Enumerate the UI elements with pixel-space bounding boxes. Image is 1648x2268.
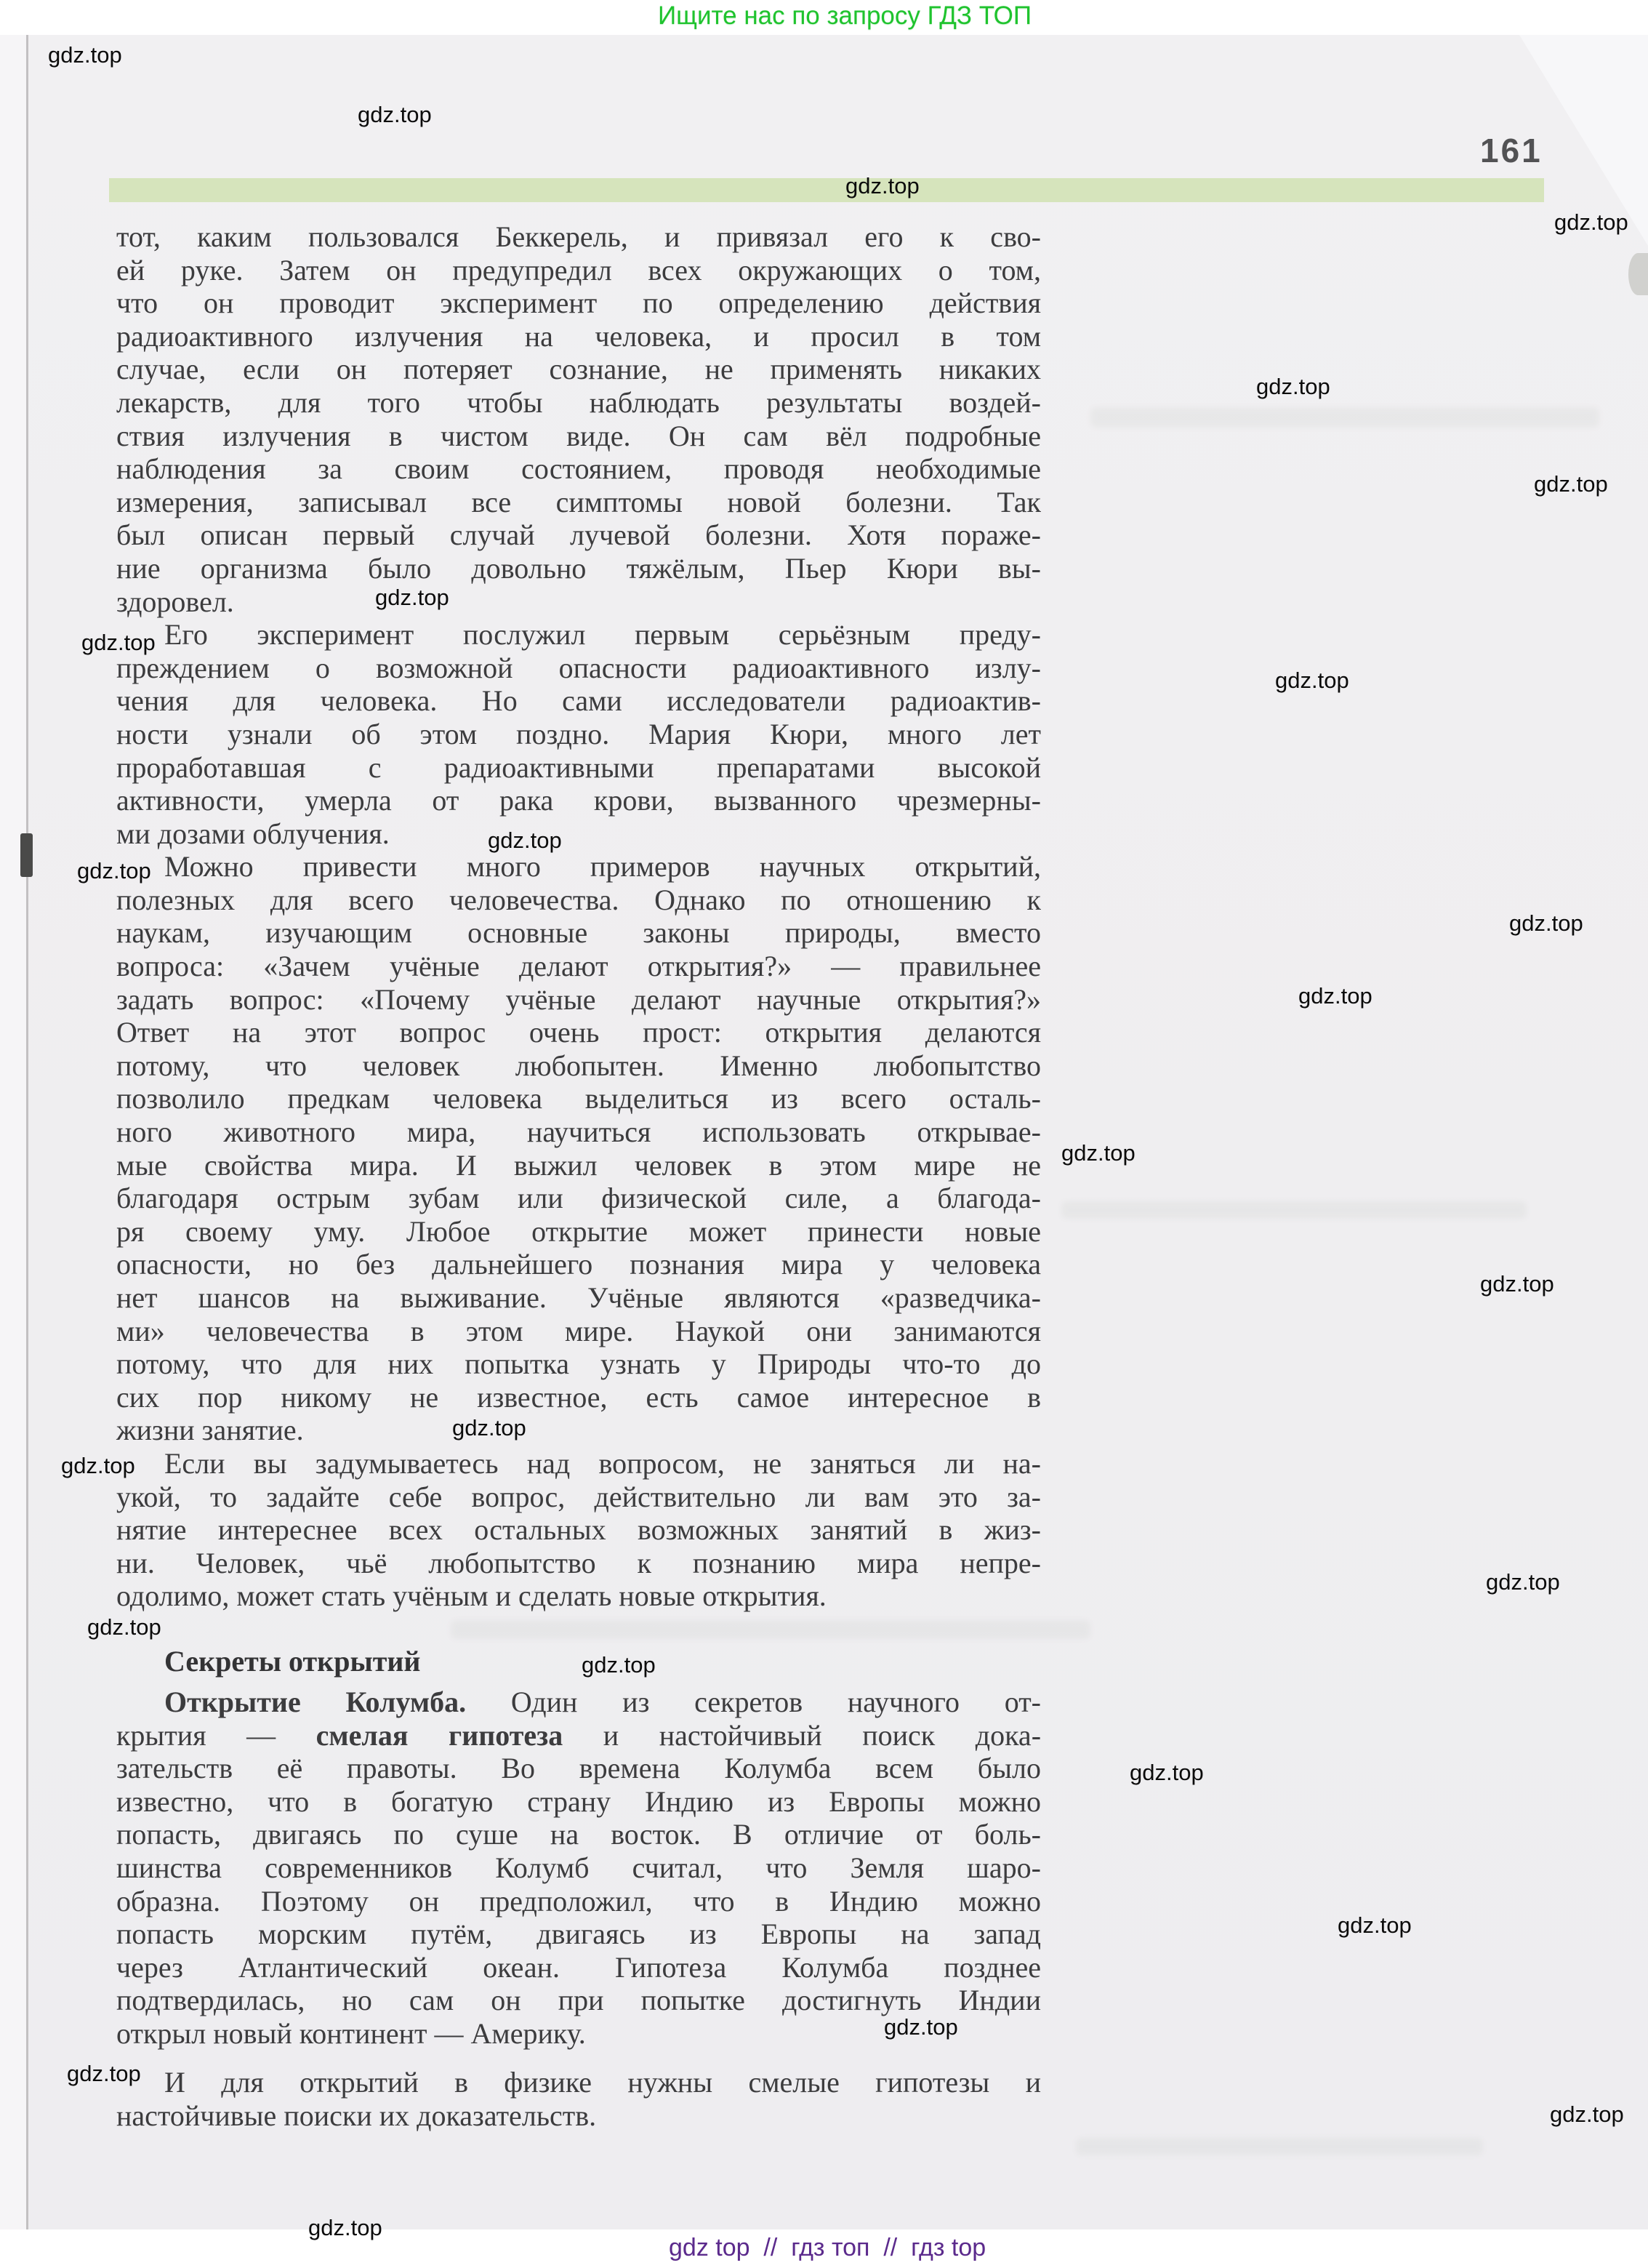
text-line: сих пор никому не известное, есть самое … (116, 1381, 1041, 1414)
text-line: ей руке. Затем он предупредил всех окруж… (116, 254, 1041, 287)
section-highlight-bar (109, 178, 1544, 202)
text-line: ного животного мира, научиться использов… (116, 1115, 1041, 1149)
watermark-gdz-top: gdz.top (1550, 2101, 1624, 2128)
text-line: попасть, двигаясь по суше на восток. В о… (116, 1818, 1041, 1851)
text-line: известно, что в богатую страну Индию из … (116, 1785, 1041, 1819)
text-line: Его эксперимент послужил первым серьёзны… (116, 618, 1041, 652)
text-line: полезных для всего человечества. Однако … (116, 883, 1041, 917)
text-line: И для открытий в физике нужны смелые гип… (116, 2066, 1041, 2099)
watermark-gdz-top: gdz.top (1275, 668, 1349, 694)
watermark-gdz-top: gdz.top (488, 828, 562, 854)
text-line: тот, каким пользовался Беккерель, и прив… (116, 220, 1041, 254)
text-line: образна. Поэтому он предположил, что в И… (116, 1885, 1041, 1918)
text-line: попасть морским путём, двигаясь из Европ… (116, 1918, 1041, 1951)
watermark-gdz-top: gdz.top (308, 2215, 382, 2241)
text-line: ми» человечества в этом мире. Наукой они… (116, 1315, 1041, 1348)
watermark-gdz-top: gdz.top (1554, 209, 1628, 236)
text-line: был описан первый случай лучевой болезни… (116, 518, 1041, 552)
text-line: лекарств, для того чтобы наблюдать резул… (116, 386, 1041, 420)
watermark-gdz-top: gdz.top (1338, 1912, 1412, 1939)
watermark-gdz-top: gdz.top (1256, 374, 1330, 400)
text-line: ности узнали об этом поздно. Мария Кюри,… (116, 718, 1041, 751)
watermark-gdz-top: gdz.top (77, 858, 151, 884)
watermark-gdz-top: gdz.top (845, 173, 920, 199)
binding-mark (20, 833, 33, 877)
text-segment: Один из секретов научного от- (466, 1686, 1041, 1718)
page-edge-smudge (1628, 253, 1648, 295)
text-line: наукам, изучающим основные законы природ… (116, 916, 1041, 950)
bleedthrough-smudge (1076, 2138, 1483, 2155)
page-number: 161 (1480, 131, 1543, 170)
text-line: укой, то задайте себе вопрос, действител… (116, 1480, 1041, 1514)
watermark-gdz-top: gdz.top (1298, 983, 1372, 1009)
text-line: потому, что для них попытка узнать у При… (116, 1347, 1041, 1381)
bleedthrough-smudge (1090, 407, 1599, 428)
text-line: через Атлантический океан. Гипотеза Колу… (116, 1951, 1041, 1984)
watermark-gdz-top: gdz.top (81, 630, 156, 656)
watermark-gdz-top: gdz.top (1130, 1760, 1204, 1786)
paragraph: Можно привести много примеров научных от… (116, 850, 1041, 1447)
promo-link[interactable]: Ищите нас по запросу ГДЗ ТОП (658, 1, 1032, 31)
text-line: Можно привести много примеров научных от… (116, 850, 1041, 883)
paragraph: тот, каким пользовался Беккерель, и прив… (116, 220, 1041, 618)
watermark-gdz-top: gdz.top (1486, 1569, 1560, 1595)
text-line: измерения, записывал все симптомы новой … (116, 486, 1041, 519)
text-line: зательств её правоты. Во времена Колумба… (116, 1752, 1041, 1785)
bleedthrough-smudge (451, 1620, 1090, 1639)
text-line: вопроса: «Зачем учёные делают открытия?»… (116, 950, 1041, 983)
watermark-gdz-top: gdz.top (452, 1415, 526, 1441)
text-line: что он проводит эксперимент по определен… (116, 286, 1041, 320)
text-line: мые свойства мира. И выжил человек в это… (116, 1149, 1041, 1182)
watermark-gdz-top: gdz.top (884, 2014, 958, 2040)
text-line: ми дозами облучения. (116, 817, 1041, 851)
paragraph: Если вы задумываетесь над вопросом, не з… (116, 1447, 1041, 1613)
text-line: Открытие Колумба. Один из секретов научн… (116, 1686, 1041, 1719)
paragraph: Открытие Колумба. Один из секретов научн… (116, 1686, 1041, 2051)
text-line: благодаря острым зубам или физической си… (116, 1182, 1041, 1215)
watermark-gdz-top: gdz.top (1061, 1140, 1135, 1166)
paragraph: И для открытий в физике нужны смелые гип… (116, 2066, 1041, 2132)
footer-links[interactable]: gdz top // гдз топ // гдз top (669, 2234, 986, 2262)
bleedthrough-smudge (1061, 1201, 1527, 1219)
text-line: проработавшая с радиоактивными препарата… (116, 751, 1041, 785)
bold-text: смелая гипотеза (316, 1719, 563, 1752)
watermark-gdz-top: gdz.top (582, 1652, 656, 1678)
watermark-gdz-top: gdz.top (1534, 471, 1608, 497)
watermark-gdz-top: gdz.top (1509, 910, 1583, 937)
text-line: Ответ на этот вопрос очень прост: открыт… (116, 1016, 1041, 1049)
watermark-gdz-top: gdz.top (67, 2061, 141, 2087)
page-left-margin (0, 35, 26, 2229)
watermark-gdz-top: gdz.top (61, 1453, 135, 1479)
text-line: жизни занятие. (116, 1414, 1041, 1447)
text-line: случае, если он потеряет сознание, не пр… (116, 353, 1041, 386)
text-line: задать вопрос: «Почему учёные делают нау… (116, 983, 1041, 1017)
text-line: ни. Человек, чьё любопытство к познанию … (116, 1547, 1041, 1580)
bold-text: Открытие Колумба. (164, 1686, 466, 1718)
text-line: настойчивые поиски их доказательств. (116, 2099, 1041, 2133)
text-line: ря своему уму. Любое открытие может прин… (116, 1215, 1041, 1249)
text-line: шинства современников Колумб считал, что… (116, 1851, 1041, 1885)
text-line: чения для человека. Но сами исследовател… (116, 684, 1041, 718)
text-line: активности, умерла от рака крови, вызван… (116, 784, 1041, 817)
text-column: тот, каким пользовался Беккерель, и прив… (116, 220, 1041, 2133)
text-line: одолимо, может стать учёным и сделать но… (116, 1579, 1041, 1613)
text-segment: и настойчивый поиск дока- (563, 1719, 1041, 1752)
text-line: наблюдения за своим состоянием, проводя … (116, 452, 1041, 486)
watermark-gdz-top: gdz.top (48, 42, 122, 68)
watermark-gdz-top: gdz.top (358, 102, 432, 128)
text-segment: крытия — (116, 1719, 316, 1752)
text-line: радиоактивного излучения на человека, и … (116, 320, 1041, 353)
watermark-gdz-top: gdz.top (1480, 1271, 1554, 1297)
text-line: ние организма было довольно тяжёлым, Пье… (116, 552, 1041, 585)
watermark-gdz-top: gdz.top (87, 1614, 161, 1640)
text-line: преждением о возможной опасности радиоак… (116, 652, 1041, 685)
text-line: нятие интереснее всех остальных возможны… (116, 1513, 1041, 1547)
paragraph: Его эксперимент послужил первым серьёзны… (116, 618, 1041, 850)
text-line: позволило предкам человека выделиться из… (116, 1082, 1041, 1115)
text-line: здоровел. (116, 585, 1041, 619)
text-line: нет шансов на выживание. Учёные являются… (116, 1281, 1041, 1315)
text-line: Если вы задумываетесь над вопросом, не з… (116, 1447, 1041, 1480)
text-line: опасности, но без дальнейшего познания м… (116, 1248, 1041, 1281)
text-line: крытия — смелая гипотеза и настойчивый п… (116, 1719, 1041, 1752)
text-line: ствия излучения в чистом виде. Он сам вё… (116, 420, 1041, 453)
screenshot-canvas: Ищите нас по запросу ГДЗ ТОП 161 тот, ка… (0, 0, 1648, 2268)
text-line: подтвердилась, но сам он при попытке дос… (116, 1984, 1041, 2017)
watermark-gdz-top: gdz.top (375, 585, 449, 611)
text-line: потому, что человек любопытен. Именно лю… (116, 1049, 1041, 1083)
